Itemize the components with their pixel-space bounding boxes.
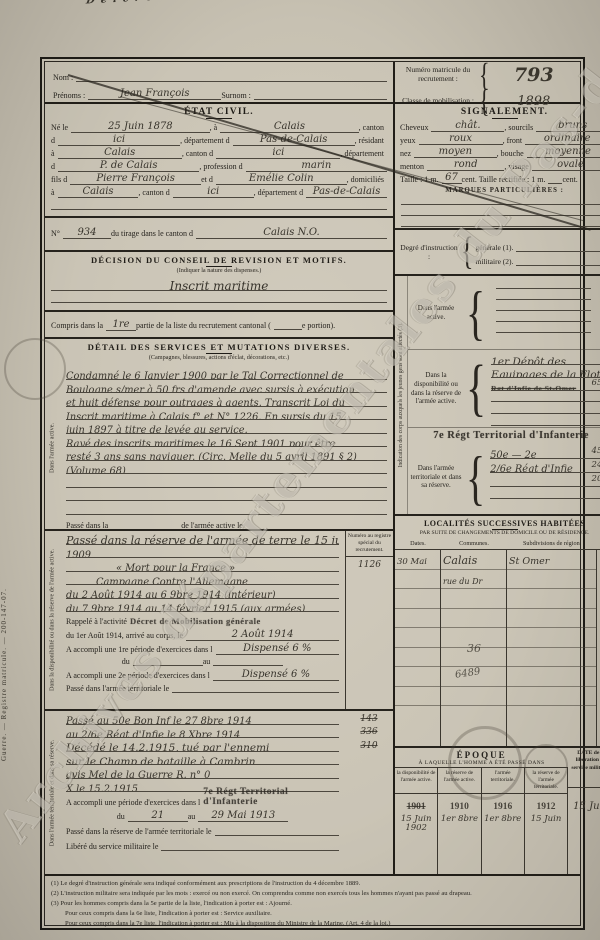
brace-glyph: {	[477, 82, 492, 121]
blank-cell	[395, 667, 440, 687]
corps-numero: 6510	[592, 378, 600, 388]
service-line: Condamné le 6 Janvier 1900 par le Tal Co…	[66, 371, 344, 380]
instruction-militaire-label: militaire (2).	[475, 257, 516, 266]
epoque-stamp-year: 1910	[438, 802, 480, 812]
col-subdivisions-header: Subdivisions de région.	[507, 538, 597, 549]
cheveux-value: chât.	[431, 121, 504, 132]
footnote-5: Pour ceux compris dans la 7e liste, l'in…	[51, 919, 574, 929]
epoque-date-value: 15 Juin	[568, 802, 600, 813]
blank-line	[496, 291, 591, 300]
cent-label: cent.	[562, 175, 580, 184]
corps-section: Indication des corps auxquels les jeunes…	[395, 274, 600, 514]
surnom-line	[254, 89, 387, 100]
instruction-label: Degré d'instruction :	[399, 243, 459, 261]
a-label: , à	[210, 123, 221, 132]
etat-civil-title: ÉTAT CIVIL.	[45, 104, 393, 119]
col-dates-header: Dates.	[395, 538, 441, 549]
tirage-no-value: 934	[63, 228, 111, 239]
instruction-generale-label: générale (1).	[475, 243, 516, 252]
deces-line: avis Mel de la Guerre R. n° 0	[66, 770, 210, 779]
campagne-line: du 2 Août 1914 au 6 9bre 1914 (intérieur…	[66, 590, 276, 599]
taille-rectifiee-label: cent. Taille rectifiée : 1 m.	[462, 175, 549, 184]
periode-t-label: A accompli une période d'exercices dans …	[66, 798, 203, 807]
territoriale-side-label: Dans l'armée territoriale et dans sa rés…	[45, 711, 60, 874]
blank-cell	[395, 648, 440, 668]
numero-registre-value: 1126	[346, 561, 393, 570]
marques-label: MARQUES PARTICULIÈRES :	[395, 184, 600, 194]
numero-registre-column: Numéro au registre spécial du recrutemen…	[345, 531, 393, 709]
blank-line	[496, 280, 591, 289]
epoque-hw-date: 1er 8bre	[438, 815, 480, 824]
epoque-col-3: l'armée territoriale. 1916 1er 8bre	[482, 768, 525, 874]
periode1-label: A accompli une 1re période d'exercices d…	[66, 645, 216, 654]
footnote-3: (3) Pour les hommes compris dans la 5e p…	[51, 899, 574, 909]
numero-registre-header: Numéro au registre spécial du recrutemen…	[346, 531, 393, 557]
numero-raye: 336	[345, 728, 393, 737]
tirage-canton-label: du tirage dans le canton d	[111, 229, 196, 238]
corps-active-lines	[487, 276, 600, 349]
menton-value: rond	[427, 160, 504, 171]
du-label: du	[117, 812, 128, 821]
sourcils-label: , sourcils	[504, 123, 536, 132]
depot-equipages-value: 1er Dépôt des	[491, 356, 566, 365]
epoque-date-header: DATE de la libération du service militai…	[568, 748, 600, 788]
matricule-form: Nom : Prénoms : Jean François Surnom : N…	[40, 57, 585, 930]
corps-active-label: Dans l'armée active.	[408, 302, 464, 324]
brace-glyph: {	[464, 353, 488, 425]
tirage-canton-value: Calais N.O.	[196, 228, 387, 239]
epoque-stamp-year: 1916	[482, 802, 524, 812]
blank-line	[491, 393, 600, 402]
canton-label: , canton d	[182, 149, 216, 158]
mort-pour-la-france: « Mort pour la France »	[66, 564, 235, 572]
blank-line	[66, 501, 387, 515]
canton-label: , canton d	[138, 188, 172, 197]
localite-subdivision: St Omer	[509, 556, 549, 567]
passe-territoriale-label: Passé dans l'armée territoriale le	[66, 684, 172, 693]
service-line: et huit défense pour outrages à agents. …	[66, 398, 345, 407]
blank-cell	[507, 687, 596, 707]
blank-line	[161, 840, 339, 851]
decision-value: Inscrit maritime	[51, 280, 387, 291]
localite-commune: Calais	[443, 554, 477, 567]
service-line: 1909	[66, 550, 91, 559]
bouche-label: , bouche	[497, 149, 527, 158]
epoque-grid: la disponibilité de l'armée active. 1901…	[395, 768, 568, 874]
corps-side-label: Indication des corps auxquels les jeunes…	[395, 276, 408, 514]
header-numero-block: Numéro matricule du recrutement : { 793 …	[393, 62, 580, 102]
corps-territoriale-values: 50e — 2e4548 2/6e Régt d'Infie2428 2058	[487, 443, 600, 511]
residant-label: , résidant	[355, 136, 387, 145]
epoque-subtitle: À LAQUELLE L'HOMME A ÉTÉ PASSÉ DANS	[395, 760, 568, 768]
du-label: du	[122, 657, 133, 666]
service-line: Passé au 50e Bon Inf le 27 8bre 1914	[66, 716, 252, 725]
signalement-title: SIGNALEMENT.	[395, 104, 600, 119]
nez-label: nez	[400, 149, 414, 158]
corps-territoriale-label: Dans l'armée territoriale et dans sa rés…	[408, 462, 464, 492]
service-line: au 2/6e Régt d'Infie le 8 Xbre 1914	[66, 730, 240, 739]
birth-canton-value: ici	[58, 135, 180, 146]
prenoms-value: Jean François	[88, 89, 221, 100]
campagne-line: du 7 9bre 1914 au 14 février 1915 (aux a…	[66, 604, 305, 613]
surnom-label: Surnom :	[221, 91, 254, 100]
deces-line: sur le Champ de bataille à Cambrin	[66, 756, 256, 766]
signalement-section: SIGNALEMENT. Cheveuxchât., sourcilsbruns…	[395, 104, 600, 228]
territoriale-content: Passé au 50e Bon Inf le 27 8bre 1914 au …	[60, 711, 345, 874]
blank-cell	[395, 589, 440, 609]
service-line: Boulogne s/mer à 50 frs d'amende avec su…	[66, 385, 355, 394]
form-inner-border: Nom : Prénoms : Jean François Surnom : N…	[44, 61, 581, 926]
right-column: SIGNALEMENT. Cheveuxchât., sourcilsbruns…	[393, 104, 600, 874]
residence-departement-value: P. de Calais	[58, 161, 199, 172]
tirage-no-label: N°	[51, 229, 63, 238]
parents-domicile-value: Calais	[58, 187, 139, 198]
service-line: juin 1897 à titre de levée au service.	[66, 425, 248, 434]
epoque-col-4: la réserve de l'armée territoriale. 1912…	[525, 768, 568, 874]
periode2-value: Dispensé 6 %	[213, 670, 339, 681]
numero-matricule-label: Numéro matricule du recrutement :	[399, 66, 477, 83]
corps-active-row: Dans l'armée active. { Numéro au répert	[408, 276, 600, 350]
yeux-value: roux	[419, 134, 503, 145]
localite-date: 30 Mai 1913	[397, 557, 427, 570]
decision-subtitle: (Indiquer la nature des dispenses.)	[45, 267, 393, 274]
yeux-label: yeux	[400, 136, 419, 145]
reserve-side-label: Dans la disponibilité ou dans la réserve…	[45, 531, 60, 709]
blank-line	[172, 682, 339, 693]
service-line: Passé dans la réserve de l'armée de terr…	[66, 534, 339, 545]
epoque-date-column: DATE de la libération du service militai…	[568, 748, 600, 874]
epoque-col-1: la disponibilité de l'armée active. 1901…	[395, 768, 438, 874]
epoque-hw-date: 15 Juin 1902	[395, 815, 437, 833]
active-side-label: Dans l'armée active.	[45, 366, 60, 529]
ne-le-label: Né le	[51, 123, 71, 132]
nom-line	[76, 71, 387, 82]
numero-raye: 310	[345, 742, 393, 751]
epoque-stamp-year: 1912	[525, 802, 567, 812]
visage-label: , visage	[504, 162, 531, 171]
epoque-hw-date: 1er 8bre	[482, 815, 524, 824]
blank-line	[548, 173, 562, 184]
passe-active-label: Passé dans la	[66, 521, 111, 530]
birth-date-value: 25 Juin 1878	[71, 122, 210, 133]
blank-line	[401, 207, 600, 216]
footnotes: (1) Le degré d'instruction générale sera…	[45, 874, 580, 930]
active-content: Condamné le 6 Janvier 1900 par le Tal Co…	[60, 366, 393, 529]
front-value: ordinaire	[525, 134, 600, 145]
d-label: d	[51, 136, 58, 145]
blank-line	[51, 199, 387, 210]
blank-cell	[507, 570, 596, 590]
compris-section: Compris dans la1repartie de la liste du …	[45, 310, 393, 337]
numero-matricule-value: 793	[492, 64, 576, 86]
blank-line	[66, 474, 387, 488]
blank-cell	[395, 570, 440, 590]
blank-line	[496, 324, 591, 333]
corps-terr-value: 2/6e Régt d'Infie	[490, 464, 573, 473]
services-territoriale-section: Dans l'armée territoriale et dans sa rés…	[45, 709, 393, 874]
st-omer-stamp: Rgt d'Infie de St-Omer	[491, 384, 576, 391]
col-dates: 30 Mai 1913	[395, 550, 441, 746]
campagne-line: Campagne Contre l'Allemagne	[66, 578, 248, 586]
blank-cell	[395, 628, 440, 648]
epoque-left: ÉPOQUE À LAQUELLE L'HOMME A ÉTÉ PASSÉ DA…	[395, 748, 568, 874]
blank-line	[490, 490, 600, 499]
rappele-label: Rappelé à l'activité	[66, 617, 130, 626]
deces-line: X le 15.2.1915	[66, 784, 138, 793]
prenoms-row: Prénoms : Jean François Surnom :	[53, 85, 387, 100]
blank-cell	[395, 609, 440, 629]
epoque-section: ÉPOQUE À LAQUELLE L'HOMME A ÉTÉ PASSÉ DA…	[395, 746, 600, 874]
corps-dispo-label: Dans la disponibilité ou dans la réserve…	[408, 369, 464, 408]
domicilies-label: , domiciliés	[347, 175, 387, 184]
territoriale-numeros-column: 143 336 310	[345, 711, 393, 874]
corps-numero: 2058	[592, 474, 600, 484]
departement-label: , département d	[254, 188, 307, 197]
corps-dispo-row: Dans la disponibilité ou dans la réserve…	[408, 350, 600, 428]
blank-cell	[441, 589, 506, 609]
localites-title: LOCALITÉS SUCCESSIVES HABITÉES	[395, 516, 600, 530]
footnote-2: (2) L'instruction militaire sera indiqué…	[51, 889, 574, 899]
service-line: Inscrit maritime à Calais f° et N° 1226.…	[66, 412, 342, 421]
brace-glyph: {	[459, 230, 475, 275]
sourcils-value: bruns	[536, 121, 600, 132]
localites-subtitle: PAR SUITE DE CHANGEMENTS DE DOMICILE OU …	[395, 530, 600, 538]
scanned-military-record: Archives départementales du Pas-de-Calai…	[0, 0, 600, 940]
blank-cell	[441, 687, 506, 707]
periode1-value: Dispensé 6 %	[216, 644, 340, 655]
profession-label: , profession d	[199, 162, 245, 171]
blank-cell	[441, 609, 506, 629]
blank-cell	[507, 609, 596, 629]
footnote-4: Pour ceux compris dans la 6e liste, l'in…	[51, 909, 574, 919]
father-name-value: Pierre François	[70, 174, 201, 185]
d-label: d	[51, 162, 58, 171]
brace-glyph: {	[464, 442, 487, 513]
corps-dispo-values: 1er Dépôt des Equipages de la Flotte Rgt…	[488, 350, 600, 427]
blank-cell	[507, 589, 596, 609]
departement-label: , département d	[180, 136, 233, 145]
parents-departement-value: Pas-de-Calais	[306, 187, 387, 198]
bouche-value: moyenne	[527, 147, 600, 158]
localites-table: 30 Mai 1913 Calais	[395, 550, 600, 746]
prenoms-label: Prénoms :	[53, 91, 88, 100]
blank-line	[274, 319, 302, 330]
blank-line	[516, 241, 600, 252]
nez-value: moyen	[414, 147, 496, 158]
epoque-col-2: la réserve de l'armée active. 1910 1er 8…	[438, 768, 481, 874]
front-label: , front	[503, 136, 526, 145]
service-line: resté 3 ans sans naviguer. (Circ. Melle …	[66, 452, 357, 461]
scribble: 36	[467, 642, 481, 655]
regiment-territorial-stamp: 7e Régt Territorial d'Infanterie	[408, 428, 600, 443]
passe-reserve-t-label: Passé dans la réserve de l'armée territo…	[66, 827, 215, 836]
blank-line	[133, 655, 203, 666]
au-label: au	[188, 812, 199, 821]
instruction-options: générale (1). militaire (2).	[475, 238, 600, 266]
nom-row: Nom :	[53, 67, 387, 82]
corps-territoriale-row: Dans l'armée territoriale et dans sa rés…	[408, 443, 600, 511]
blank-line	[491, 405, 600, 414]
menton-label: menton	[400, 162, 427, 171]
col-communes: Calais rue du Dr Mynech N° 41 36 6489	[441, 550, 507, 746]
decision-section: DÉCISION DU CONSEIL DE REVISION ET MOTIF…	[45, 250, 393, 310]
blank-line	[66, 488, 387, 502]
rappele-date-label: du 1er Août 1914, arrivé au corps, le	[66, 631, 186, 640]
periode2-label: A accompli une 2e période d'exercices da…	[66, 671, 213, 680]
form-body: ÉTAT CIVIL. Né le25 Juin 1878, àCalais, …	[45, 104, 580, 874]
blank-cell	[395, 687, 440, 707]
blank-line	[213, 655, 283, 666]
epoque-title: ÉPOQUE	[395, 748, 568, 760]
corps-content: Dans l'armée active. { Numéro au répert	[408, 276, 600, 514]
blank-line	[111, 519, 181, 530]
services-title: DÉTAIL DES SERVICES ET MUTATIONS DIVERSE…	[45, 339, 393, 354]
fils-de-label: fils d	[51, 175, 70, 184]
tirage-section: N°934du tirage dans le canton dCalais N.…	[45, 216, 393, 250]
au-label: au	[203, 657, 214, 666]
decision-title: DÉCISION DU CONSEIL DE REVISION ET MOTIF…	[45, 252, 393, 267]
services-reserve-section: Dans la disponibilité ou dans la réserve…	[45, 529, 393, 709]
corps-numero: 4548	[592, 446, 600, 456]
footnote-1: (1) Le degré d'instruction générale sera…	[51, 879, 574, 889]
services-active-section: Dans l'armée active. Condamné le 6 Janvi…	[45, 366, 393, 529]
brace-glyph: {	[464, 277, 487, 348]
blank-line	[516, 255, 600, 266]
passe-active-label2: de l'armée active le	[181, 521, 246, 530]
localites-section: LOCALITÉS SUCCESSIVES HABITÉES PAR SUITE…	[395, 514, 600, 746]
service-line: (Volume 68)	[66, 466, 126, 475]
depot-equipages-value2: Equipages de la Flotte	[491, 369, 600, 378]
service-line: Rayé des inscrits maritimes le 16 Sept 1…	[66, 439, 335, 448]
blank-line	[246, 519, 387, 530]
et-de-label: et d	[201, 175, 216, 184]
compris-partie-value: 1re	[106, 320, 136, 331]
blank-line	[496, 302, 591, 311]
blank-line	[491, 417, 600, 426]
blank-cell	[507, 667, 596, 687]
deces-line: Décédé le 14.2.1915, tué par l'ennemi	[66, 742, 269, 752]
corps-numero: 2428	[592, 460, 600, 470]
blank-cell	[507, 648, 596, 668]
left-margin-print: Guerre. — Registre matricule. — 200-147-…	[0, 420, 14, 930]
epoque-hw-date: 15 Juin	[525, 815, 567, 824]
mother-name-value: Emélie Colin	[216, 174, 347, 185]
col-communes-header: Communes.	[441, 538, 507, 549]
services-subtitle: (Campagnes, blessures, actions d'éclat, …	[45, 354, 393, 361]
blank-cell	[507, 628, 596, 648]
compris-prefix: Compris dans la	[51, 321, 106, 330]
periode-t-du-value: 21	[128, 811, 188, 822]
instruction-section: Degré d'instruction : { générale (1). mi…	[395, 228, 600, 274]
numero-raye: 143	[345, 715, 393, 724]
left-column: ÉTAT CIVIL. Né le25 Juin 1878, àCalais, …	[45, 104, 393, 874]
services-title-section: DÉTAIL DES SERVICES ET MUTATIONS DIVERSE…	[45, 337, 393, 366]
residence-value: Calais	[58, 148, 182, 159]
parents-canton-value: ici	[173, 187, 254, 198]
canton-label: , canton	[359, 123, 387, 132]
localites-header: Dates. Communes. Subdivisions de région.	[395, 538, 600, 550]
libere-label: Libéré du service militaire le	[66, 842, 161, 851]
regiment-stamp: 7e Régt Territorial d'Infanterie	[203, 787, 339, 807]
periode-t-au-value: 29 Mai 1913	[198, 811, 288, 822]
compris-suffix: e portion).	[302, 321, 338, 330]
blank-line	[215, 825, 339, 836]
localite-commune-adresse: rue du Dr Mynech N° 41	[443, 577, 502, 590]
col-subdivisions: St Omer	[507, 550, 597, 746]
cheveux-label: Cheveux	[400, 123, 431, 132]
blank-line	[51, 292, 387, 303]
visage-value: ovale	[532, 160, 600, 171]
corps-terr-value: 50e — 2e	[490, 450, 536, 459]
arrivee-corps-value: 2 Août 1914	[186, 630, 339, 641]
mobilisation-stamp: Décret de Mobilisation générale	[130, 616, 261, 626]
compris-middle: partie de la liste du recrutement canton…	[136, 321, 274, 330]
name-signature: Delcroix	[85, 0, 182, 7]
reserve-content: Passé dans la réserve de l'armée de terr…	[60, 531, 345, 709]
blank-line	[496, 313, 591, 322]
epoque-stamp-year: 1901	[395, 802, 437, 812]
